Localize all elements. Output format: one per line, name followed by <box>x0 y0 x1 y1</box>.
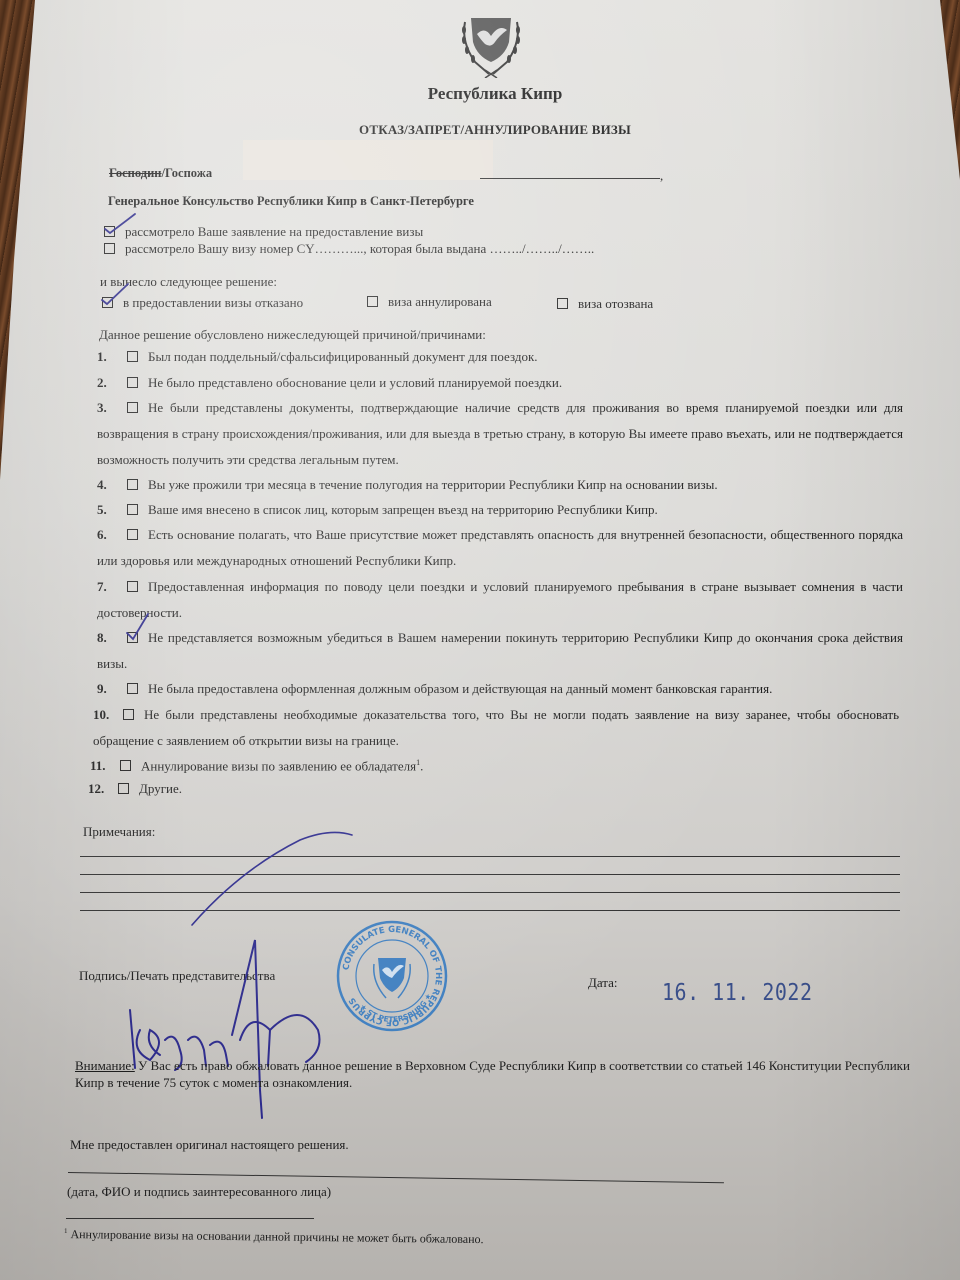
checkbox[interactable] <box>104 243 115 254</box>
document-sheet: Республика Кипр ОТКАЗ/ЗАПРЕТ/АННУЛИРОВАН… <box>0 0 960 1280</box>
checkbox[interactable] <box>120 760 131 771</box>
notice-label: Внимание: <box>75 1058 135 1073</box>
checkbox[interactable] <box>127 683 138 694</box>
salutation-comma: , <box>660 168 663 184</box>
reason-3[interactable]: 3.Не были представлены документы, подтве… <box>97 395 903 473</box>
notes-line[interactable] <box>80 856 900 857</box>
salutation-struck: Господин <box>109 166 161 180</box>
signature-label: Подпись/Печать представительства <box>79 968 275 984</box>
reason-6[interactable]: 6.Есть основание полагать, что Ваше прис… <box>97 522 903 574</box>
checkbox[interactable] <box>127 581 138 592</box>
checkbox[interactable] <box>367 296 378 307</box>
redacted-name <box>243 140 493 180</box>
appeal-notice: Внимание: У Вас есть право обжаловать да… <box>75 1057 915 1091</box>
review-option-visa[interactable]: рассмотрело Вашу визу номер CY………..., ко… <box>104 241 594 257</box>
authority-name: Генеральное Консульство Республики Кипр … <box>108 194 474 209</box>
checkbox[interactable] <box>127 351 138 362</box>
reasons-intro: Данное решение обусловлено нижеследующей… <box>99 327 486 343</box>
checkbox[interactable] <box>118 783 129 794</box>
checkbox[interactable] <box>557 298 568 309</box>
reason-7[interactable]: 7.Предоставленная информация по поводу ц… <box>97 574 903 626</box>
decision-refused[interactable]: в предоставлении визы отказано <box>102 295 303 311</box>
checkbox[interactable] <box>127 377 138 388</box>
salutation: Господин/Госпожа <box>109 166 212 181</box>
decision-revoked[interactable]: виза отозвана <box>557 296 653 312</box>
date-stamp: 16. 11. 2022 <box>662 978 813 1006</box>
checkbox[interactable] <box>127 504 138 515</box>
decision-intro: и вынесло следующее решение: <box>100 274 277 290</box>
notes-line[interactable] <box>80 892 900 893</box>
form-title: ОТКАЗ/ЗАПРЕТ/АННУЛИРОВАНИЕ ВИЗЫ <box>0 122 960 138</box>
recipient-signature-line[interactable] <box>68 1172 724 1183</box>
reason-2[interactable]: 2.Не было представлено обоснование цели … <box>97 370 903 396</box>
reason-11[interactable]: 11.Аннулирование визы по заявлению ее об… <box>90 750 896 779</box>
consulate-stamp: CONSULATE GENERAL OF THE REPUBLIC OF CYP… <box>336 920 448 1032</box>
footnote-divider <box>66 1218 314 1219</box>
checkbox-checked[interactable] <box>102 297 113 308</box>
reason-12[interactable]: 12.Другие. <box>88 776 894 802</box>
name-underline <box>480 178 660 179</box>
reason-10[interactable]: 10.Не были представлены необходимые дока… <box>93 702 899 754</box>
notice-text: У Вас есть право обжаловать данное решен… <box>75 1058 910 1090</box>
salutation-rest: /Госпожа <box>161 166 212 180</box>
reason-8[interactable]: 8.Не представляется возможным убедиться … <box>97 625 903 677</box>
notes-line[interactable] <box>80 874 900 875</box>
footnote: 1 Аннулирование визы на основании данной… <box>64 1227 484 1247</box>
cyprus-coat-of-arms-icon <box>455 12 527 78</box>
reason-1[interactable]: 1.Был подан поддельный/сфальсифицированн… <box>97 344 903 370</box>
receipt-statement: Мне предоставлен оригинал настоящего реш… <box>70 1137 349 1153</box>
reason-9[interactable]: 9.Не была предоставлена оформленная долж… <box>97 676 903 702</box>
checkbox-checked[interactable] <box>104 226 115 237</box>
decision-annulled[interactable]: виза аннулирована <box>367 294 492 310</box>
checkbox-checked[interactable] <box>127 632 138 643</box>
checkbox[interactable] <box>123 709 134 720</box>
receipt-caption: (дата, ФИО и подпись заинтересованного л… <box>67 1184 331 1200</box>
checkbox[interactable] <box>127 402 138 413</box>
review-option-application[interactable]: рассмотрело Ваше заявление на предоставл… <box>104 224 423 240</box>
notes-label: Примечания: <box>83 824 155 840</box>
checkbox[interactable] <box>127 479 138 490</box>
date-label: Дата: <box>588 975 618 991</box>
reason-5[interactable]: 5.Ваше имя внесено в список лиц, которым… <box>97 497 903 523</box>
country-title: Республика Кипр <box>0 84 960 104</box>
notes-line[interactable] <box>80 910 900 911</box>
checkbox[interactable] <box>127 529 138 540</box>
reason-4[interactable]: 4.Вы уже прожили три месяца в течение по… <box>97 472 903 498</box>
